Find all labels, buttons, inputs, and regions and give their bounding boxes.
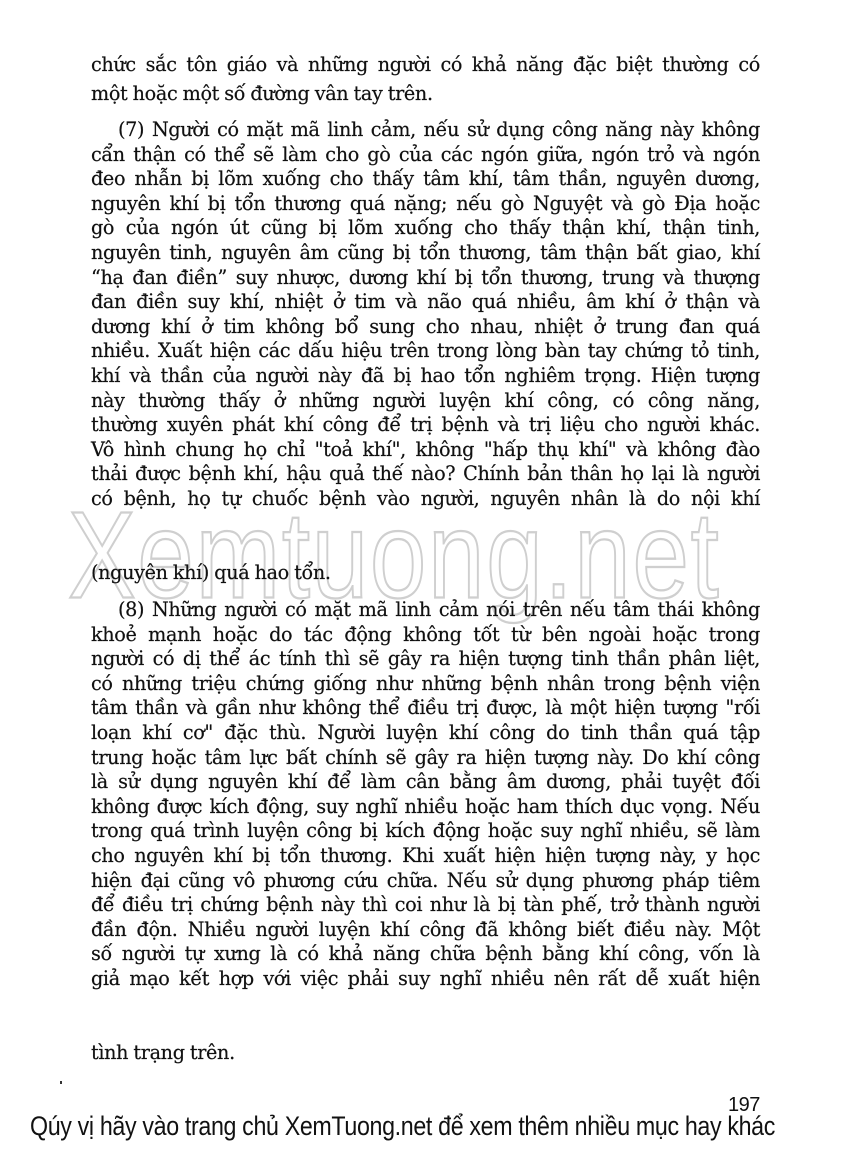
- text-line: cẩn thận có thể sẽ làm cho gò của các ng…: [91, 143, 760, 167]
- text-line: để điều trị chứng bệnh này thì coi như l…: [91, 893, 760, 917]
- text-line: (7) Người có mặt mã linh cảm, nếu sử dụn…: [118, 118, 760, 142]
- text-line: (8) Những người có mặt mã linh cảm nói t…: [118, 598, 760, 622]
- text-line: không được kích động, suy nghĩ nhiều hoặ…: [91, 795, 760, 819]
- text-line: Vô hình chung họ chỉ "toả khí", không "h…: [91, 438, 760, 462]
- text-line: trung hoặc tâm lực bất chính sẽ gây ra h…: [91, 746, 760, 770]
- text-line: giả mạo kết hợp với việc phải suy nghĩ n…: [91, 967, 760, 991]
- text-line: thường xuyên phát khí công để trị bệnh v…: [91, 413, 760, 437]
- text-line: cho nguyên khí bị tổn thương. Khi xuất h…: [91, 844, 760, 868]
- footer-promo-text: Qúy vị hãy vào trang chủ XemTuong.net để…: [30, 1108, 666, 1144]
- text-line: chức sắc tôn giáo và những người có khả …: [91, 53, 760, 77]
- text-line: gò của ngón út cũng bị lõm xuống cho thấ…: [91, 216, 760, 240]
- text-line: hiện đại cũng vô phương cứu chữa. Nếu sử…: [91, 869, 760, 893]
- text-line: có những triệu chứng giống như những bện…: [91, 672, 760, 696]
- text-line: nguyên khí bị tổn thương quá nặng; nếu g…: [91, 192, 760, 216]
- text-line: đan điền suy khí, nhiệt ở tim và não quá…: [91, 290, 760, 314]
- text-line: có bệnh, họ tự chuốc bệnh vào người, ngu…: [91, 487, 760, 511]
- text-line: nhiều. Xuất hiện các dấu hiệu trên trong…: [91, 339, 760, 363]
- text-line: dương khí ở tim không bổ sung cho nhau, …: [91, 315, 760, 339]
- text-line: đần độn. Nhiều người luyện khí công đã k…: [91, 918, 760, 942]
- text-line: thải được bệnh khí, hậu quả thế nào? Chí…: [91, 462, 760, 486]
- text-line: đeo nhẫn bị lõm xuống cho thấy tâm khí, …: [91, 167, 760, 191]
- scan-speck: [60, 1081, 62, 1084]
- book-page: Xemtuong.net chức sắc tôn giáo và những …: [0, 0, 850, 1152]
- text-line: là sử dụng nguyên khí để làm cân bằng âm…: [91, 770, 760, 794]
- text-line: nguyên tinh, nguyên âm cũng bị tổn thươn…: [91, 241, 760, 265]
- text-line: (nguyên khí) quá hao tổn.: [91, 561, 760, 585]
- text-line: khí và thần của người này đã bị hao tổn …: [91, 364, 760, 388]
- text-line: “hạ đan điền” suy nhược, dương khí bị tổ…: [91, 266, 760, 290]
- text-line: trong quá trình luyện công bị kích động …: [91, 819, 760, 843]
- text-line: loạn khí cơ" đặc thù. Người luyện khí cô…: [91, 721, 760, 745]
- text-line: tâm thần và gần như không thể điều trị đ…: [91, 696, 760, 720]
- text-line: số người tự xưng là có khả năng chữa bện…: [91, 942, 760, 966]
- text-line: khoẻ mạnh hoặc do tác động không tốt từ …: [91, 623, 760, 647]
- text-line: này thường thấy ở những người luyện khí …: [91, 389, 760, 413]
- text-line: một hoặc một số đường vân tay trên.: [91, 82, 760, 106]
- page-content: chức sắc tôn giáo và những người có khả …: [0, 0, 850, 1152]
- text-line: tình trạng trên.: [91, 1041, 760, 1065]
- text-line: người có dị thể ác tính thì sẽ gây ra hi…: [91, 647, 760, 671]
